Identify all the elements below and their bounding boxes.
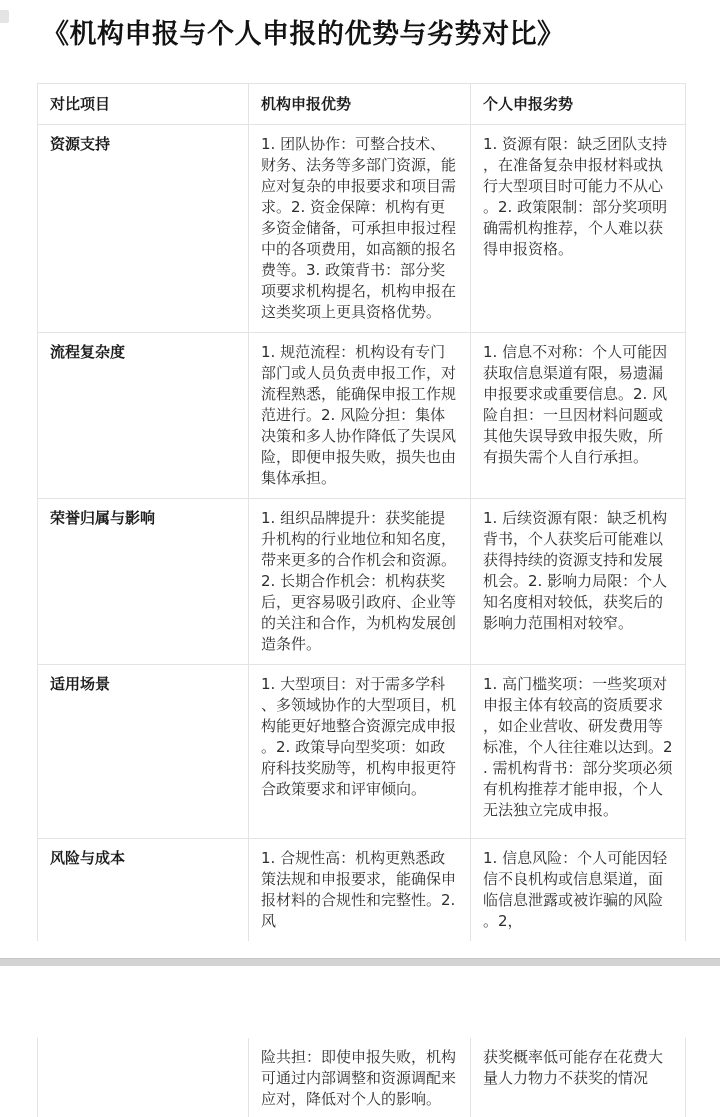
cell-org-advantage: 1. 组织品牌提升：获奖能提升机构的行业地位和知名度，带来更多的合作机会和资源。… — [249, 499, 471, 665]
cell-item: 适用场景 — [38, 665, 249, 839]
table-row-risk-cost-continued: 险共担：即使申报失败，机构可通过内部调整和资源调配来应对，降低对个人的影响。 获… — [38, 1038, 686, 1117]
table-header-row: 对比项目 机构申报优势 个人申报劣势 — [38, 84, 686, 125]
cell-org-advantage-continued: 险共担：即使申报失败，机构可通过内部调整和资源调配来应对，降低对个人的影响。 — [249, 1038, 471, 1117]
cell-org-advantage: 1. 大型项目：对于需多学科、多领域协作的大型项目，机构能更好地整合资源完成申报… — [249, 665, 471, 839]
page-break-divider — [0, 958, 720, 966]
cell-personal-disadvantage: 1. 后续资源有限：缺乏机构背书，个人获奖后可能难以获得持续的资源支持和发展机会… — [471, 499, 686, 665]
cell-personal-disadvantage: 1. 高门槛奖项：一些奖项对申报主体有较高的资质要求，如企业营收、研发费用等标准… — [471, 665, 686, 839]
cell-item: 风险与成本 — [38, 839, 249, 941]
comparison-table: 对比项目 机构申报优势 个人申报劣势 资源支持 1. 团队协作：可整合技术、财务… — [37, 83, 686, 941]
header-cell-org-advantage: 机构申报优势 — [249, 84, 471, 125]
cell-item: 资源支持 — [38, 125, 249, 333]
table-row-process-complexity: 流程复杂度 1. 规范流程：机构设有专门部门或人员负责申报工作，对流程熟悉，能确… — [38, 333, 686, 499]
cell-personal-disadvantage: 1. 资源有限：缺乏团队支持，在准备复杂申报材料或执行大型项目时可能力不从心。2… — [471, 125, 686, 333]
cell-item: 流程复杂度 — [38, 333, 249, 499]
cell-item: 荣誉归属与影响 — [38, 499, 249, 665]
cell-personal-disadvantage: 1. 信息不对称：个人可能因获取信息渠道有限，易遗漏申报要求或重要信息。2. 风… — [471, 333, 686, 499]
cell-org-advantage: 1. 规范流程：机构设有专门部门或人员负责申报工作，对流程熟悉，能确保申报工作规… — [249, 333, 471, 499]
comparison-table-continuation: 险共担：即使申报失败，机构可通过内部调整和资源调配来应对，降低对个人的影响。 获… — [37, 1038, 686, 1117]
document-title: 《机构申报与个人申报的优势与劣势对比》 — [42, 18, 682, 52]
cell-personal-disadvantage: 1. 信息风险：个人可能因轻信不良机构或信息渠道，面临信息泄露或被诈骗的风险。2… — [471, 839, 686, 941]
cell-personal-disadvantage-continued: 获奖概率低可能存在花费大量人力物力不获奖的情况 — [471, 1038, 686, 1117]
header-cell-personal-disadvantage: 个人申报劣势 — [471, 84, 686, 125]
document-view[interactable]: { "page": { "title": "《机构申报与个人申报的优势与劣势对比… — [0, 0, 720, 1117]
table-row-risk-cost: 风险与成本 1. 合规性高：机构更熟悉政策法规和申报要求，能确保申报材料的合规性… — [38, 839, 686, 941]
cell-org-advantage: 1. 合规性高：机构更熟悉政策法规和申报要求，能确保申报材料的合规性和完整性。2… — [249, 839, 471, 941]
table-row-applicable-scenarios: 适用场景 1. 大型项目：对于需多学科、多领域协作的大型项目，机构能更好地整合资… — [38, 665, 686, 839]
scrollbar-fragment — [0, 10, 9, 23]
cell-org-advantage: 1. 团队协作：可整合技术、财务、法务等多部门资源，能应对复杂的申报要求和项目需… — [249, 125, 471, 333]
table-row-honor-attribution: 荣誉归属与影响 1. 组织品牌提升：获奖能提升机构的行业地位和知名度，带来更多的… — [38, 499, 686, 665]
table-row-resource-support: 资源支持 1. 团队协作：可整合技术、财务、法务等多部门资源，能应对复杂的申报要… — [38, 125, 686, 333]
cell-item-empty — [38, 1038, 249, 1117]
header-cell-item: 对比项目 — [38, 84, 249, 125]
